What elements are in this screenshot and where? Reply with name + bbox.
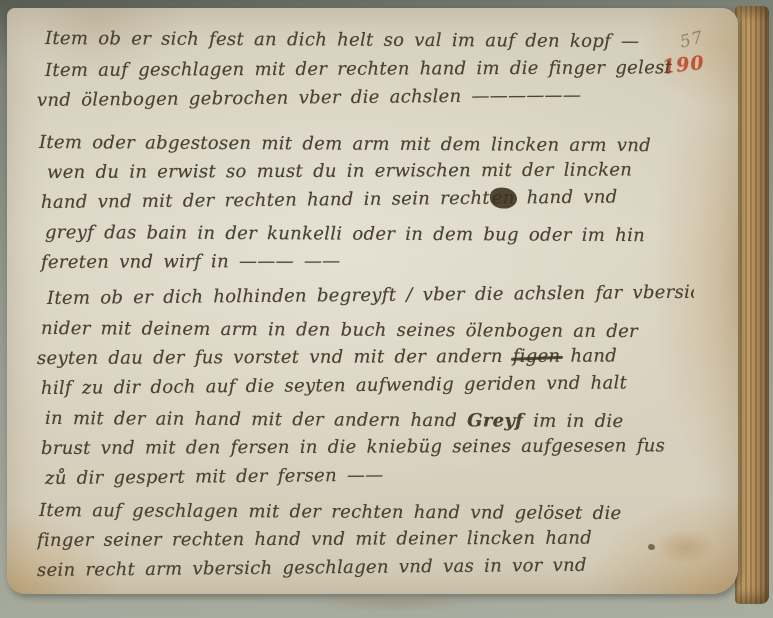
manuscript-line: Item ob er sich fest an dich helt so val… [45,24,694,57]
handwritten-text: wen du in erwist so must du in erwischen… [47,159,632,183]
stain [307,594,487,612]
manuscript-line: fereten vnd wirf in ——— —— [41,245,694,278]
handwritten-text: nider mit deinem arm in den buch seines … [41,318,638,342]
handwritten-text: Item auf geschlagen mit der rechten hand… [45,57,672,81]
manuscript-line: Item ob er dich holhinden begreyft / vbe… [47,278,694,314]
manuscript-page: 57 190 Item ob er sich fest an dich helt… [7,8,738,594]
handwritten-text: in mit der ain hand mit der andern hand [45,408,467,431]
handwritten-text: Item ob er dich holhinden begreyft / vbe… [47,282,694,309]
handwritten-text: vnd ölenbogen gebrochen vber die achslen… [37,85,581,111]
handwritten-text: Item auf geschlagen mit der rechten hand… [39,500,622,524]
manuscript-line: hilf zu dir doch auf die seyten aufwendi… [41,368,694,404]
handwritten-text: brust vnd mit den fersen in die kniebüg … [41,435,665,459]
handwritten-text: hilf zu dir doch auf die seyten aufwendi… [41,372,627,399]
manuscript-line: sein recht arm vbersich geschlagen vnd v… [37,550,694,584]
handwritten-text: Item oder abgestosen mit dem arm mit dem… [39,132,651,156]
manuscript-text: Item ob er sich fest an dich helt so val… [37,24,694,584]
photographed-manuscript: 57 190 Item ob er sich fest an dich helt… [0,0,773,618]
handwritten-text: Item ob er sich fest an dich helt so val… [45,28,639,52]
handwritten-text: Greyf [467,410,523,431]
handwritten-text: sein recht arm vbersich geschlagen vnd v… [37,555,587,581]
handwritten-text: im in die [523,411,623,433]
manuscript-line: hand vnd mit der rechten hand in sein re… [41,182,694,218]
handwritten-text: hand vnd mit der rechten hand in sein re… [41,188,490,213]
ink-blotted-word: en [490,187,517,208]
manuscript-line: vnd ölenbogen gebrochen vber die achslen… [37,80,694,116]
handwritten-text: finger seiner rechten hand vnd mit deine… [37,528,592,551]
handwritten-text: zů dir gespert mit der fersen —— [45,465,384,489]
handwritten-text: greyf das bain in der kunkelli oder in d… [45,222,645,246]
handwritten-text: fereten vnd wirf in ——— —— [41,251,341,273]
book-page-edges [735,6,769,604]
handwritten-text: hand [560,345,617,366]
handwritten-text: hand vnd [517,186,618,208]
crossed-out-word: figen [513,346,561,367]
handwritten-text: seyten dau der fus vorstet vnd mit der a… [37,346,513,369]
manuscript-line: zů dir gespert mit der fersen —— [45,458,694,494]
